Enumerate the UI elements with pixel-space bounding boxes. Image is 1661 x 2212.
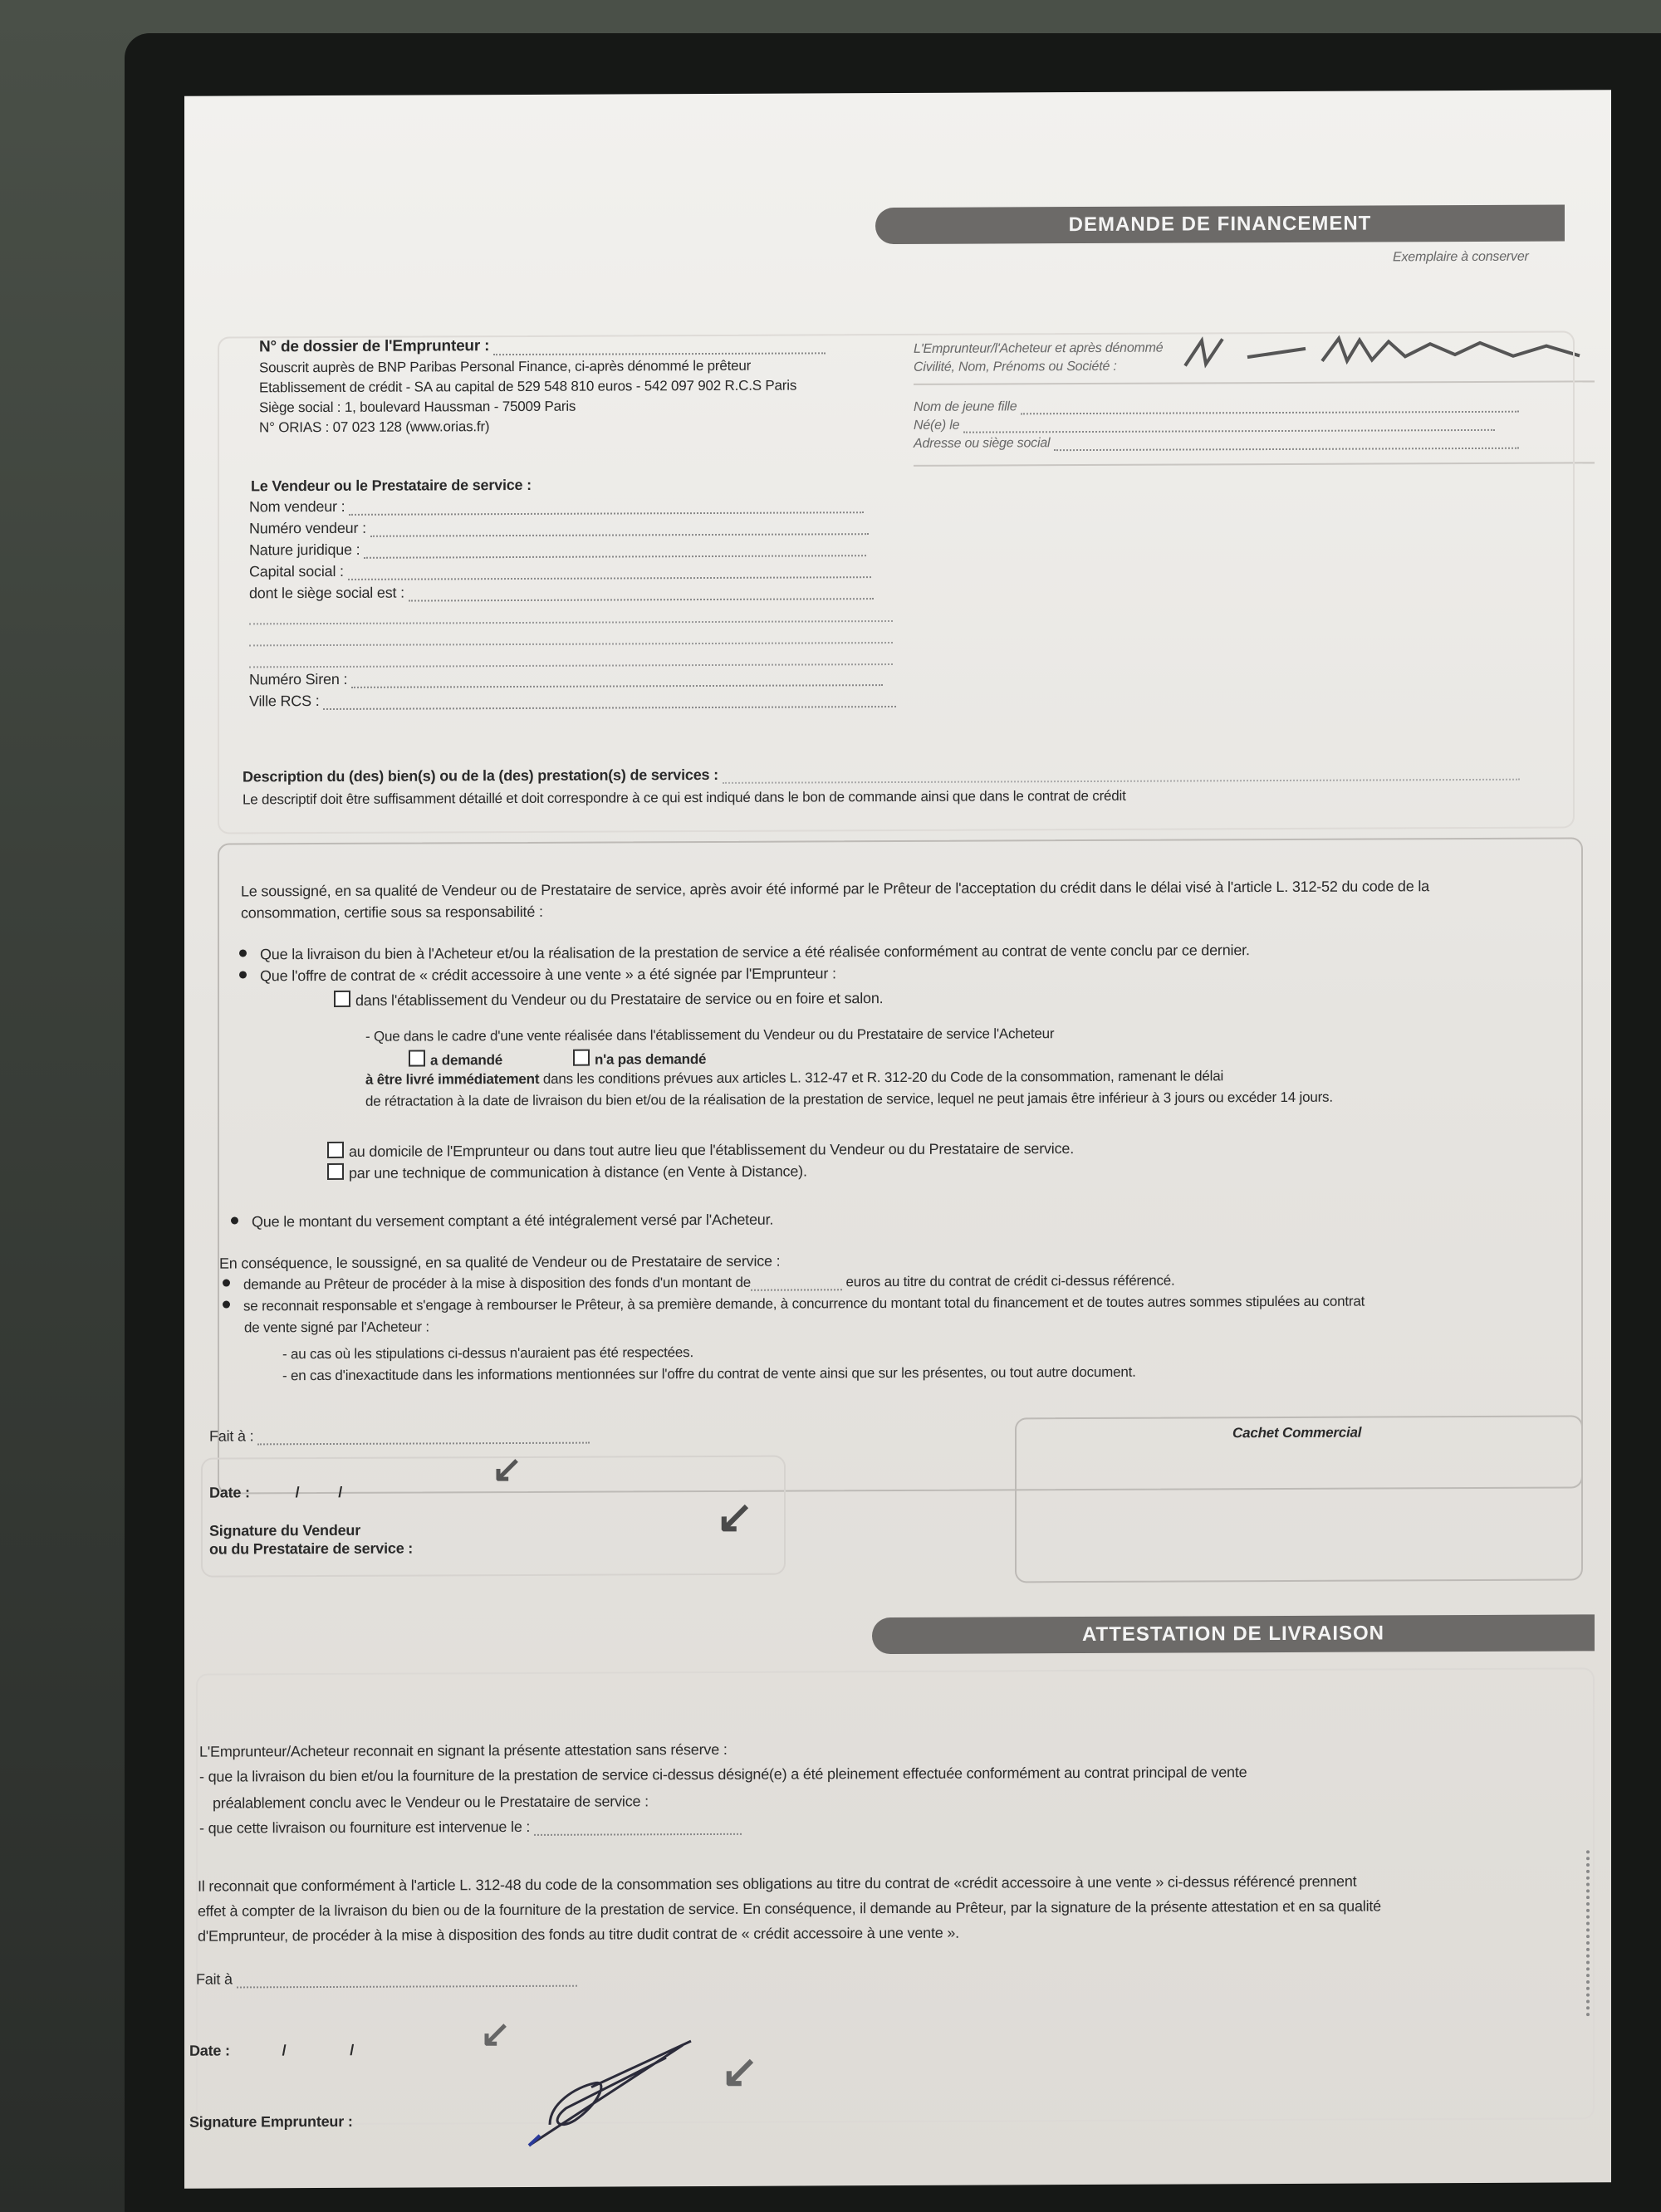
attestation-box: [196, 1667, 1595, 2125]
bullet-icon: [223, 1301, 230, 1309]
sign-here-arrow-icon: ↙: [716, 1490, 753, 1543]
choice-asked[interactable]: a demandé: [409, 1050, 502, 1069]
banner-title: DEMANDE DE FINANCEMENT: [1069, 213, 1372, 237]
description-box: [218, 330, 1575, 834]
bullet-icon: [239, 971, 247, 978]
commercial-stamp-label: Cachet Commercial: [1232, 1425, 1361, 1442]
option-establishment[interactable]: dans l'établissement du Vendeur ou du Pr…: [334, 988, 883, 1010]
certification-intro-2: consommation, certifie sous sa responsab…: [241, 903, 543, 922]
sign-here-arrow-icon: ↙: [480, 2013, 511, 2055]
consequence-intro: En conséquence, le soussigné, en sa qual…: [219, 1253, 780, 1273]
bullet-icon: [239, 949, 247, 957]
bullet-icon: [231, 1216, 238, 1224]
borrower-signature-label: Signature Emprunteur :: [189, 2113, 353, 2131]
attestation-date-label[interactable]: Date : / /: [189, 2042, 354, 2060]
financing-request-banner: DEMANDE DE FINANCEMENT: [875, 204, 1565, 244]
borrower-signature: [517, 2028, 708, 2154]
checkbox-distance[interactable]: [327, 1163, 344, 1180]
amount-field[interactable]: [751, 1288, 842, 1290]
attestation-point-1-cont: préalablement conclu avec le Vendeur ou …: [213, 1793, 649, 1812]
vendor-made-at[interactable]: Fait à :: [209, 1427, 590, 1446]
sub-intro: - Que dans le cadre d'une vente réalisée…: [365, 1025, 1054, 1045]
bullet-icon: [223, 1280, 230, 1287]
certification-bullet-3: Que le montant du versement comptant a é…: [231, 1211, 773, 1231]
corner-note: Exemplaire à conserver: [1393, 250, 1529, 266]
banner-title: ATTESTATION DE LIVRAISON: [1082, 1622, 1384, 1647]
vendor-signature-label-2: ou du Prestataire de service :: [209, 1540, 413, 1559]
consequence-bullet-2-cont: de vente signé par l'Acheteur :: [244, 1319, 429, 1336]
checkbox-not-asked[interactable]: [573, 1050, 590, 1066]
sign-here-arrow-icon: ↙: [492, 1448, 522, 1490]
checkbox-establishment[interactable]: [334, 991, 350, 1007]
choice-not-asked[interactable]: n'a pas demandé: [573, 1049, 706, 1069]
sign-here-arrow-icon: ↙: [721, 2045, 758, 2097]
vendor-date-label[interactable]: Date : / /: [209, 1484, 342, 1502]
attestation-made-at[interactable]: Fait à: [196, 1970, 577, 1989]
option-home[interactable]: au domicile de l'Emprunteur ou dans tout…: [327, 1138, 1074, 1161]
delivery-attestation-banner: ATTESTATION DE LIVRAISON: [872, 1614, 1595, 1654]
consequence-case-1: - au cas où les stipulations ci-dessus n…: [282, 1344, 693, 1363]
checkbox-asked[interactable]: [409, 1050, 425, 1066]
attestation-para-3: d'Emprunteur, de procéder à la mise à di…: [198, 1925, 959, 1945]
form-reference-code: [1586, 1850, 1598, 2016]
document-page: DEMANDE DE FINANCEMENT Exemplaire à cons…: [184, 90, 1611, 2188]
attestation-intro: L'Emprunteur/Acheteur reconnait en signa…: [199, 1741, 728, 1761]
vendor-signature-label-1: Signature du Vendeur: [209, 1522, 360, 1540]
attestation-point-2[interactable]: - que cette livraison ou fourniture est …: [199, 1818, 742, 1838]
handwritten-signature-icon: [517, 2028, 708, 2154]
checkbox-home[interactable]: [327, 1142, 344, 1158]
option-distance[interactable]: par une technique de communication à dis…: [327, 1161, 807, 1182]
certification-bullet-2: Que l'offre de contrat de « crédit acces…: [239, 965, 836, 985]
